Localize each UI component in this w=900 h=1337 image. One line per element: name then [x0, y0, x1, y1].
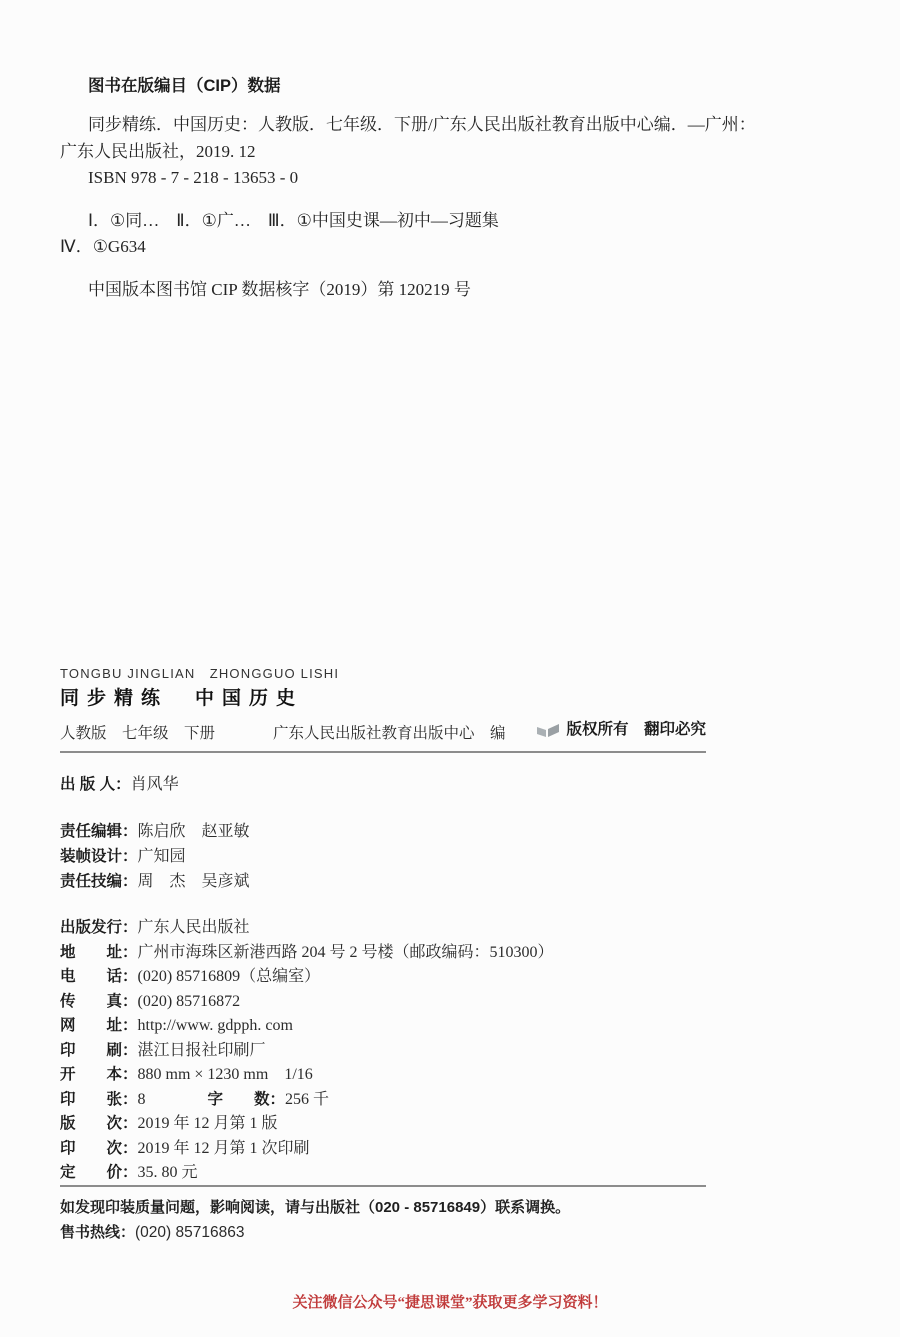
staff-row-publisher-person: 出 版 人： 肖风华	[60, 772, 760, 797]
cip-description-line2: 广东人民出版社，2019. 12	[60, 139, 810, 166]
field-label: 出 版 人：	[60, 772, 131, 797]
field-label: 开 本：	[60, 1063, 138, 1088]
isbn-line: ISBN 978 - 7 - 218 - 13653 - 0	[60, 165, 810, 192]
staff-block: 出 版 人： 肖风华 责任编辑： 陈启欣 赵亚敏 装帧设计： 广知园 责任技编：…	[60, 772, 760, 894]
field-value: 湛江日报社印刷厂	[138, 1039, 266, 1064]
field-label: 定 价：	[60, 1161, 138, 1186]
pub-row-edition: 版 次： 2019 年 12 月第 1 版	[60, 1112, 760, 1137]
pub-row-printer: 印 刷： 湛江日报社印刷厂	[60, 1039, 760, 1064]
field-value: 2019 年 12 月第 1 版	[138, 1112, 278, 1137]
cip-classification: Ⅰ．①同… Ⅱ．①广… Ⅲ．①中国史课—初中—习题集 Ⅳ．①G634	[60, 208, 810, 261]
cip-data-block: 图书在版编目（CIP）数据 同步精练．中国历史：人教版．七年级．下册/广东人民出…	[60, 74, 810, 303]
cip-classification-line1: Ⅰ．①同… Ⅱ．①广… Ⅲ．①中国史课—初中—习题集	[60, 208, 810, 235]
field-value: 广州市海珠区新港西路 204 号 2 号楼（邮政编码：510300）	[138, 941, 554, 966]
field-label: 印 张：	[60, 1088, 138, 1113]
field-value: 广东人民出版社	[138, 916, 250, 941]
open-book-icon	[536, 723, 560, 738]
field-label: 电 话：	[60, 965, 138, 990]
copyright-notice: 版权所有 翻印必究	[566, 719, 706, 741]
pub-row-website: 网 址： http://www. gdpph. com	[60, 1014, 760, 1039]
quality-notice-line: 如发现印装质量问题，影响阅读，请与出版社（020 - 85716849）联系调换…	[60, 1195, 706, 1220]
editor-info: 广东人民出版社教育出版中心 编	[273, 723, 506, 745]
pub-row-publisher: 出版发行： 广东人民出版社	[60, 916, 760, 941]
field-value: 8	[138, 1088, 146, 1113]
cip-record-number: 中国版本图书馆 CIP 数据核字（2019）第 120219 号	[60, 277, 810, 304]
pub-row-fax: 传 真： (020) 85716872	[60, 990, 760, 1015]
pub-row-sheets-wordcount: 印 张： 8 字 数： 256 千	[60, 1088, 760, 1113]
hotline-label: 售书热线：	[60, 1224, 135, 1241]
field-label: 地 址：	[60, 941, 138, 966]
field-value: (020) 85716872	[138, 990, 241, 1015]
edition-row: 人教版 七年级 下册 广东人民出版社教育出版中心 编 版权所有 翻印必究	[60, 719, 706, 745]
field-value: 880 mm × 1230 mm 1/16	[138, 1063, 313, 1088]
cip-classification-line2: Ⅳ．①G634	[60, 234, 810, 261]
field-label: 印 刷：	[60, 1039, 138, 1064]
pub-row-impression: 印 次： 2019 年 12 月第 1 次印刷	[60, 1137, 760, 1162]
field-label: 责任编辑：	[60, 819, 138, 844]
sales-hotline-row: 售书热线：(020) 85716863	[60, 1220, 706, 1245]
copyright-group: 版权所有 翻印必究	[536, 719, 706, 741]
cip-record-number-row: 中国版本图书馆 CIP 数据核字（2019）第 120219 号	[60, 277, 810, 304]
cip-description-line1: 同步精练．中国历史：人教版．七年级．下册/广东人民出版社教育出版中心编．—广州：	[60, 112, 810, 139]
field-value: 35. 80 元	[138, 1161, 198, 1186]
colophon-title-block: TONGBU JINGLIAN ZHONGGUO LISHI 同步精练 中国历史…	[60, 666, 706, 753]
pub-row-phone: 电 话： (020) 85716809（总编室）	[60, 965, 760, 990]
publication-block: 出版发行： 广东人民出版社 地 址： 广州市海珠区新港西路 204 号 2 号楼…	[60, 916, 760, 1186]
field-value: 2019 年 12 月第 1 次印刷	[138, 1137, 310, 1162]
field-value: 256 千	[285, 1088, 329, 1113]
field-value: 陈启欣 赵亚敏	[138, 819, 250, 844]
field-label: 印 次：	[60, 1137, 138, 1162]
cip-description: 同步精练．中国历史：人教版．七年级．下册/广东人民出版社教育出版中心编．—广州：…	[60, 112, 810, 192]
field-value: (020) 85716809（总编室）	[138, 965, 321, 990]
pub-row-price: 定 价： 35. 80 元	[60, 1161, 760, 1186]
pub-row-format: 开 本： 880 mm × 1230 mm 1/16	[60, 1063, 760, 1088]
field-label: 出版发行：	[60, 916, 138, 941]
pub-row-address: 地 址： 广州市海珠区新港西路 204 号 2 号楼（邮政编码：510300）	[60, 941, 760, 966]
staff-row-designer: 装帧设计： 广知园	[60, 844, 760, 869]
field-value: 肖风华	[131, 772, 179, 797]
staff-row-editor: 责任编辑： 陈启欣 赵亚敏	[60, 819, 760, 844]
website-url: http://www. gdpph. com	[138, 1014, 293, 1039]
title-pinyin: TONGBU JINGLIAN ZHONGGUO LISHI	[60, 666, 706, 682]
quality-notice-block: 如发现印装质量问题，影响阅读，请与出版社（020 - 85716849）联系调换…	[60, 1185, 706, 1245]
edition-info: 人教版 七年级 下册	[60, 723, 215, 745]
staff-row-technical-editor: 责任技编： 周 杰 吴彦斌	[60, 869, 760, 894]
field-label: 装帧设计：	[60, 844, 138, 869]
field-label: 传 真：	[60, 990, 138, 1015]
field-value: 广知园	[138, 844, 186, 869]
field-value: 周 杰 吴彦斌	[138, 869, 250, 894]
field-label: 网 址：	[60, 1014, 138, 1039]
field-label: 字 数：	[208, 1088, 286, 1113]
field-label: 版 次：	[60, 1112, 138, 1137]
hotline-number: (020) 85716863	[135, 1224, 244, 1241]
cip-heading: 图书在版编目（CIP）数据	[60, 74, 810, 98]
wechat-promo-line: 关注微信公众号“捷思课堂”获取更多学习资料！	[0, 1292, 900, 1314]
book-title: 同步精练 中国历史	[60, 687, 706, 711]
field-label: 责任技编：	[60, 869, 138, 894]
